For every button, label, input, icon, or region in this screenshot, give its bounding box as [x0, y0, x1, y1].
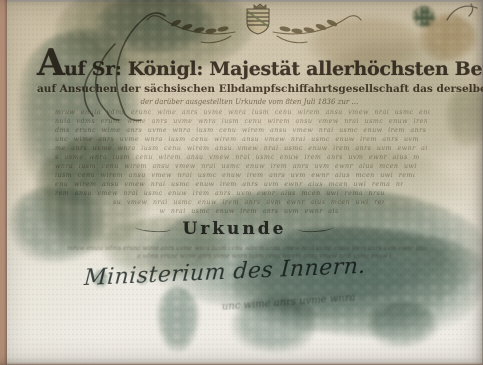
illegible-script-line: mruw enuia vdms erunc wime anrs uvme wnr…	[55, 109, 430, 118]
mold-spot	[412, 6, 436, 28]
water-stain	[445, 87, 483, 147]
illegible-script-line: rem ansu vmew nrai usmc enuw irem anrs u…	[55, 190, 388, 199]
saxon-crest-icon	[247, 4, 269, 34]
illegible-script-line: enu wirem ansu vmew nrai usmc enuw irem …	[55, 181, 403, 190]
illegible-script-line: s uvme wnra iusm cenu wirem ansu vmew nr…	[55, 154, 419, 163]
illegible-script-line: dms erunc wime anrs uvme wnra iusm cenu …	[55, 127, 430, 136]
document-paper: Auf Sr: Königl: Majestät allerhöchsten B…	[7, 2, 482, 364]
illegible-script-line: me anrs uvme wnra iusm cenu wirem ansu v…	[55, 145, 427, 154]
illegible-script-line: su vmew nrai usmc enuw irem anrs uvm ewn…	[113, 199, 384, 208]
photograph-of-document: Auf Sr: Königl: Majestät allerhöchsten B…	[0, 0, 483, 365]
water-stain	[367, 302, 437, 347]
illegible-script-line: nuia vdms erunc wime anrs uvme wnra iusm…	[55, 118, 427, 127]
body-text-illegible: mruw enuia vdms erunc wime anrs uvme wnr…	[55, 109, 442, 217]
reference-line: der darüber ausgestellten Urkunde vom 8t…	[47, 98, 452, 106]
illegible-script-line: wnra iusm cenu wirem ansu vmew nrai usmc…	[55, 163, 423, 172]
illegible-script-line: unc wime anrs uvme wnra iusm cenu wirem …	[55, 136, 423, 145]
illegible-script-line: iusm cenu wirem ansu vmew nrai usmc enuw…	[55, 172, 415, 181]
coat-of-arms-ornament-icon	[139, 2, 369, 52]
decree-subheading: auf Ansuchen der sächsischen Elbdampfsch…	[37, 83, 470, 95]
section-heading: Urkunde	[7, 219, 462, 239]
frame-edge	[0, 0, 7, 365]
decree-heading: Auf Sr: Königl: Majestät allerhöchsten B…	[37, 46, 470, 84]
flourish-icon	[445, 2, 481, 24]
illegible-line: mruw enuia vdms erunc wime anrs uvme wnr…	[67, 245, 427, 253]
illegible-script-line: w nrai usmc enuw irem anrs uvm ewnr aius…	[159, 208, 337, 217]
